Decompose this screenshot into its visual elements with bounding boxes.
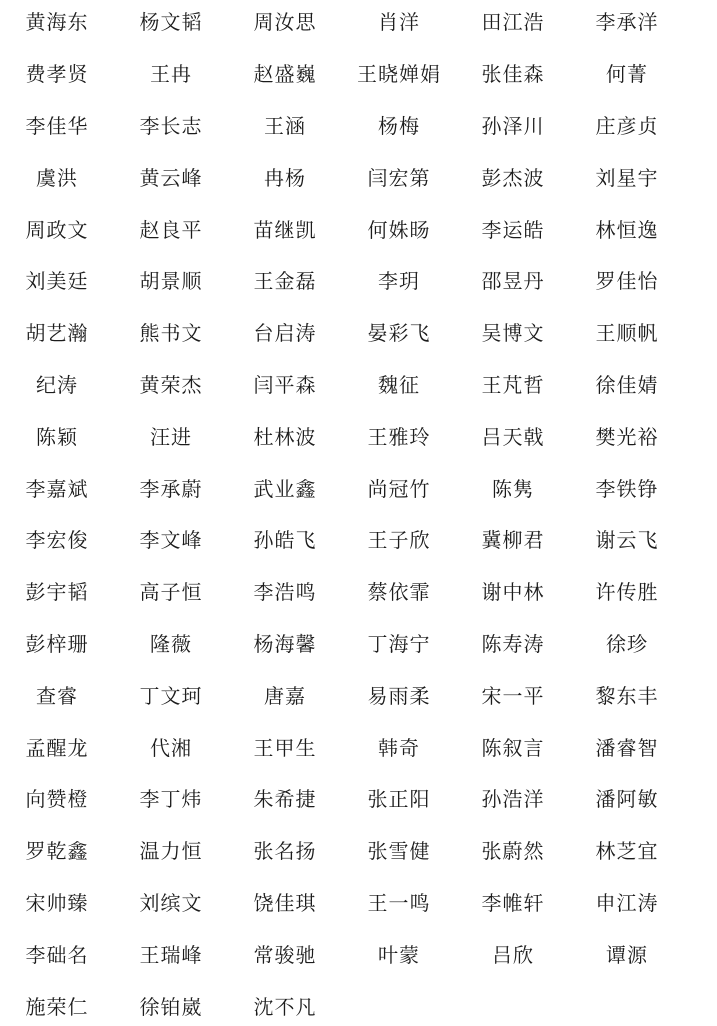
name-cell: 刘星宇 (570, 162, 684, 191)
name-cell: 张正阳 (342, 783, 456, 812)
name-cell: 蔡依霏 (342, 576, 456, 605)
name-cell: 武业鑫 (228, 473, 342, 502)
name-cell: 孙皓飞 (228, 524, 342, 553)
name-cell: 沈不凡 (228, 991, 342, 1020)
name-cell: 李玥 (342, 265, 456, 294)
name-cell: 徐珍 (570, 628, 684, 657)
name-cell: 黄荣杰 (114, 369, 228, 398)
name-cell: 吕欣 (456, 939, 570, 968)
name-cell: 黄云峰 (114, 162, 228, 191)
name-cell: 杨文韬 (114, 6, 228, 35)
name-cell: 吴博文 (456, 317, 570, 346)
name-cell: 韩奇 (342, 732, 456, 761)
name-cell: 台启涛 (228, 317, 342, 346)
name-cell: 汪进 (114, 421, 228, 450)
name-cell: 刘缤文 (114, 887, 228, 916)
name-cell: 李嘉斌 (0, 473, 114, 502)
name-cell: 王一鸣 (342, 887, 456, 916)
name-cell: 周汝思 (228, 6, 342, 35)
name-cell: 彭杰波 (456, 162, 570, 191)
name-cell: 谢云飞 (570, 524, 684, 553)
name-cell: 邵昱丹 (456, 265, 570, 294)
name-cell: 张蔚然 (456, 835, 570, 864)
name-cell: 闫宏第 (342, 162, 456, 191)
name-cell: 李浩鸣 (228, 576, 342, 605)
name-cell: 杜林波 (228, 421, 342, 450)
name-cell: 常骏驰 (228, 939, 342, 968)
name-cell: 王冉 (114, 58, 228, 87)
name-cell: 王金磊 (228, 265, 342, 294)
name-cell: 李承洋 (570, 6, 684, 35)
name-cell: 罗乾鑫 (0, 835, 114, 864)
name-cell: 王雅玲 (342, 421, 456, 450)
name-cell: 李帷轩 (456, 887, 570, 916)
name-cell: 李文峰 (114, 524, 228, 553)
name-cell: 孟醒龙 (0, 732, 114, 761)
name-grid: 黄海东杨文韬周汝思肖洋田江浩李承洋费孝贤王冉赵盛巍王晓婵娟张佳森何菁李佳华李长志… (0, 0, 684, 1026)
name-cell: 田江浩 (456, 6, 570, 35)
name-cell: 周政文 (0, 214, 114, 243)
name-cell: 尚冠竹 (342, 473, 456, 502)
name-cell: 熊书文 (114, 317, 228, 346)
name-cell: 王甲生 (228, 732, 342, 761)
name-cell: 吕天戟 (456, 421, 570, 450)
name-cell: 晏彩飞 (342, 317, 456, 346)
name-cell: 杨海馨 (228, 628, 342, 657)
name-cell: 宋帅臻 (0, 887, 114, 916)
name-cell: 代湘 (114, 732, 228, 761)
name-cell: 费孝贤 (0, 58, 114, 87)
name-cell: 李宏俊 (0, 524, 114, 553)
name-cell: 徐铂崴 (114, 991, 228, 1020)
name-cell: 向赞橙 (0, 783, 114, 812)
name-cell: 申江涛 (570, 887, 684, 916)
name-cell: 李长志 (114, 110, 228, 139)
name-cell: 王瑞峰 (114, 939, 228, 968)
name-cell: 饶佳琪 (228, 887, 342, 916)
name-cell: 查睿 (0, 680, 114, 709)
name-cell: 纪涛 (0, 369, 114, 398)
name-cell: 王涵 (228, 110, 342, 139)
name-cell: 陈颖 (0, 421, 114, 450)
name-cell: 易雨柔 (342, 680, 456, 709)
name-cell: 杨梅 (342, 110, 456, 139)
name-cell: 魏征 (342, 369, 456, 398)
name-cell: 王晓婵娟 (342, 58, 456, 87)
name-cell: 陈寿涛 (456, 628, 570, 657)
name-cell: 徐佳婧 (570, 369, 684, 398)
name-cell: 许传胜 (570, 576, 684, 605)
name-cell: 黎东丰 (570, 680, 684, 709)
name-cell: 施荣仁 (0, 991, 114, 1020)
name-cell: 冉杨 (228, 162, 342, 191)
name-cell: 丁海宁 (342, 628, 456, 657)
name-cell: 王顺帆 (570, 317, 684, 346)
name-cell: 陈叙言 (456, 732, 570, 761)
name-cell: 谭源 (570, 939, 684, 968)
name-cell: 王芃哲 (456, 369, 570, 398)
name-cell: 张佳森 (456, 58, 570, 87)
name-cell: 温力恒 (114, 835, 228, 864)
name-cell: 刘美廷 (0, 265, 114, 294)
name-cell: 谢中林 (456, 576, 570, 605)
name-cell: 张雪健 (342, 835, 456, 864)
name-cell: 彭宇韬 (0, 576, 114, 605)
name-cell: 彭梓珊 (0, 628, 114, 657)
name-cell: 高子恒 (114, 576, 228, 605)
name-cell: 丁文珂 (114, 680, 228, 709)
name-cell: 肖洋 (342, 6, 456, 35)
name-cell: 赵盛巍 (228, 58, 342, 87)
name-cell: 唐嘉 (228, 680, 342, 709)
name-cell: 冀柳君 (456, 524, 570, 553)
name-cell: 孙浩洋 (456, 783, 570, 812)
name-cell: 李础名 (0, 939, 114, 968)
name-cell: 李丁炜 (114, 783, 228, 812)
name-cell: 李佳华 (0, 110, 114, 139)
name-cell: 黄海东 (0, 6, 114, 35)
name-cell: 潘阿敏 (570, 783, 684, 812)
name-cell: 朱希捷 (228, 783, 342, 812)
name-cell: 陈隽 (456, 473, 570, 502)
name-cell: 胡艺瀚 (0, 317, 114, 346)
name-cell: 宋一平 (456, 680, 570, 709)
name-cell: 庄彦贞 (570, 110, 684, 139)
name-cell: 隆薇 (114, 628, 228, 657)
name-cell: 胡景顺 (114, 265, 228, 294)
name-cell: 何菁 (570, 58, 684, 87)
name-cell: 叶蒙 (342, 939, 456, 968)
name-cell: 李铁铮 (570, 473, 684, 502)
name-cell: 林恒逸 (570, 214, 684, 243)
document-page: 黄海东杨文韬周汝思肖洋田江浩李承洋费孝贤王冉赵盛巍王晓婵娟张佳森何菁李佳华李长志… (0, 0, 717, 1026)
name-cell: 林芝宜 (570, 835, 684, 864)
name-cell: 赵良平 (114, 214, 228, 243)
name-cell: 苗继凯 (228, 214, 342, 243)
name-cell: 王子欣 (342, 524, 456, 553)
name-cell: 闫平森 (228, 369, 342, 398)
name-cell: 李承蔚 (114, 473, 228, 502)
name-cell: 罗佳怡 (570, 265, 684, 294)
name-cell: 何姝旸 (342, 214, 456, 243)
name-cell: 李运皓 (456, 214, 570, 243)
name-cell: 张名扬 (228, 835, 342, 864)
name-cell: 虞洪 (0, 162, 114, 191)
name-cell: 孙泽川 (456, 110, 570, 139)
name-cell: 樊光裕 (570, 421, 684, 450)
name-cell: 潘睿智 (570, 732, 684, 761)
